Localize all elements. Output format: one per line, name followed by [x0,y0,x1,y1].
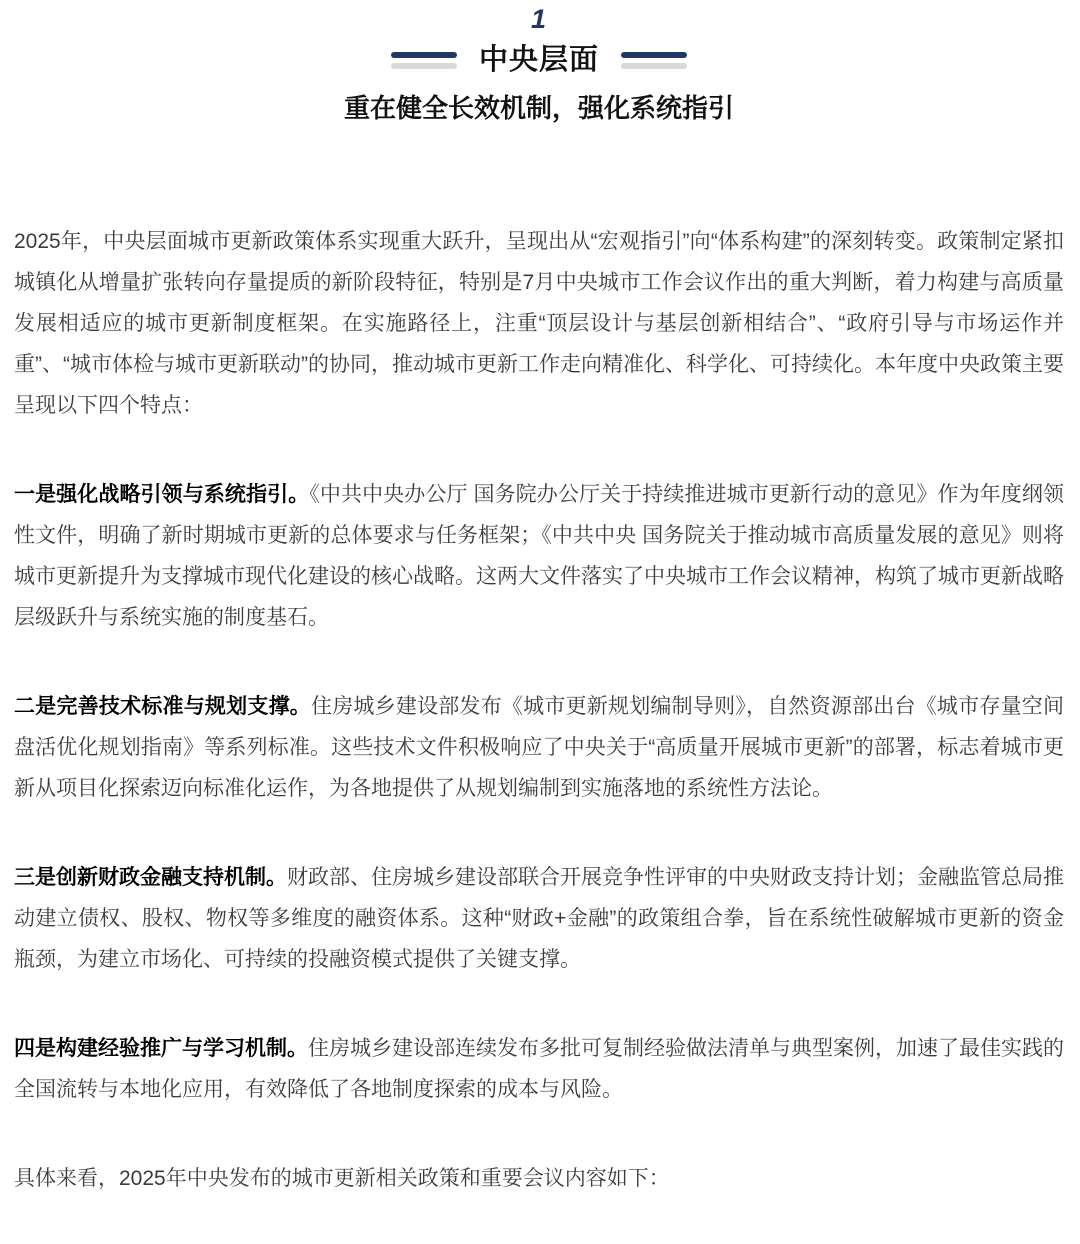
divider-gray-bar [391,63,457,69]
paragraph-lead: 三是创新财政金融支持机制。 [14,866,287,889]
closing-line: 具体来看，2025年中央发布的城市更新相关政策和重要会议内容如下： [14,1158,1064,1199]
body-content: 2025年，中央层面城市更新政策体系实现重大跃升，呈现出从“宏观指引”向“体系构… [14,221,1064,1199]
section-title-row: 中央层面 [14,43,1064,78]
paragraph-lead: 一是强化战略引领与系统指引。 [14,483,309,506]
document-page: 1 中央层面 重在健全长效机制，强化系统指引 2025年，中央层面城市更新政策体… [0,0,1080,1244]
paragraph-point-2: 二是完善技术标准与规划支撑。住房城乡建设部发布《城市更新规划编制导则》，自然资源… [14,686,1064,809]
section-number: 1 [14,4,1064,35]
divider-blue-bar [391,52,457,58]
paragraph-point-1: 一是强化战略引领与系统指引。《中共中央办公厅 国务院办公厅关于持续推进城市更新行… [14,474,1064,638]
paragraph-lead: 二是完善技术标准与规划支撑。 [14,695,311,718]
section-title: 中央层面 [479,43,599,78]
paragraph-point-4: 四是构建经验推广与学习机制。住房城乡建设部连续发布多批可复制经验做法清单与典型案… [14,1028,1064,1110]
paragraph-text: 2025年，中央层面城市更新政策体系实现重大跃升，呈现出从“宏观指引”向“体系构… [14,230,1064,417]
title-divider-right [621,52,687,69]
divider-gray-bar [621,63,687,69]
paragraph-lead: 四是构建经验推广与学习机制。 [14,1037,308,1060]
paragraph-intro: 2025年，中央层面城市更新政策体系实现重大跃升，呈现出从“宏观指引”向“体系构… [14,221,1064,426]
divider-blue-bar [621,52,687,58]
section-subtitle: 重在健全长效机制，强化系统指引 [14,92,1064,126]
paragraph-point-3: 三是创新财政金融支持机制。财政部、住房城乡建设部联合开展竞争性评审的中央财政支持… [14,857,1064,980]
title-divider-left [391,52,457,69]
